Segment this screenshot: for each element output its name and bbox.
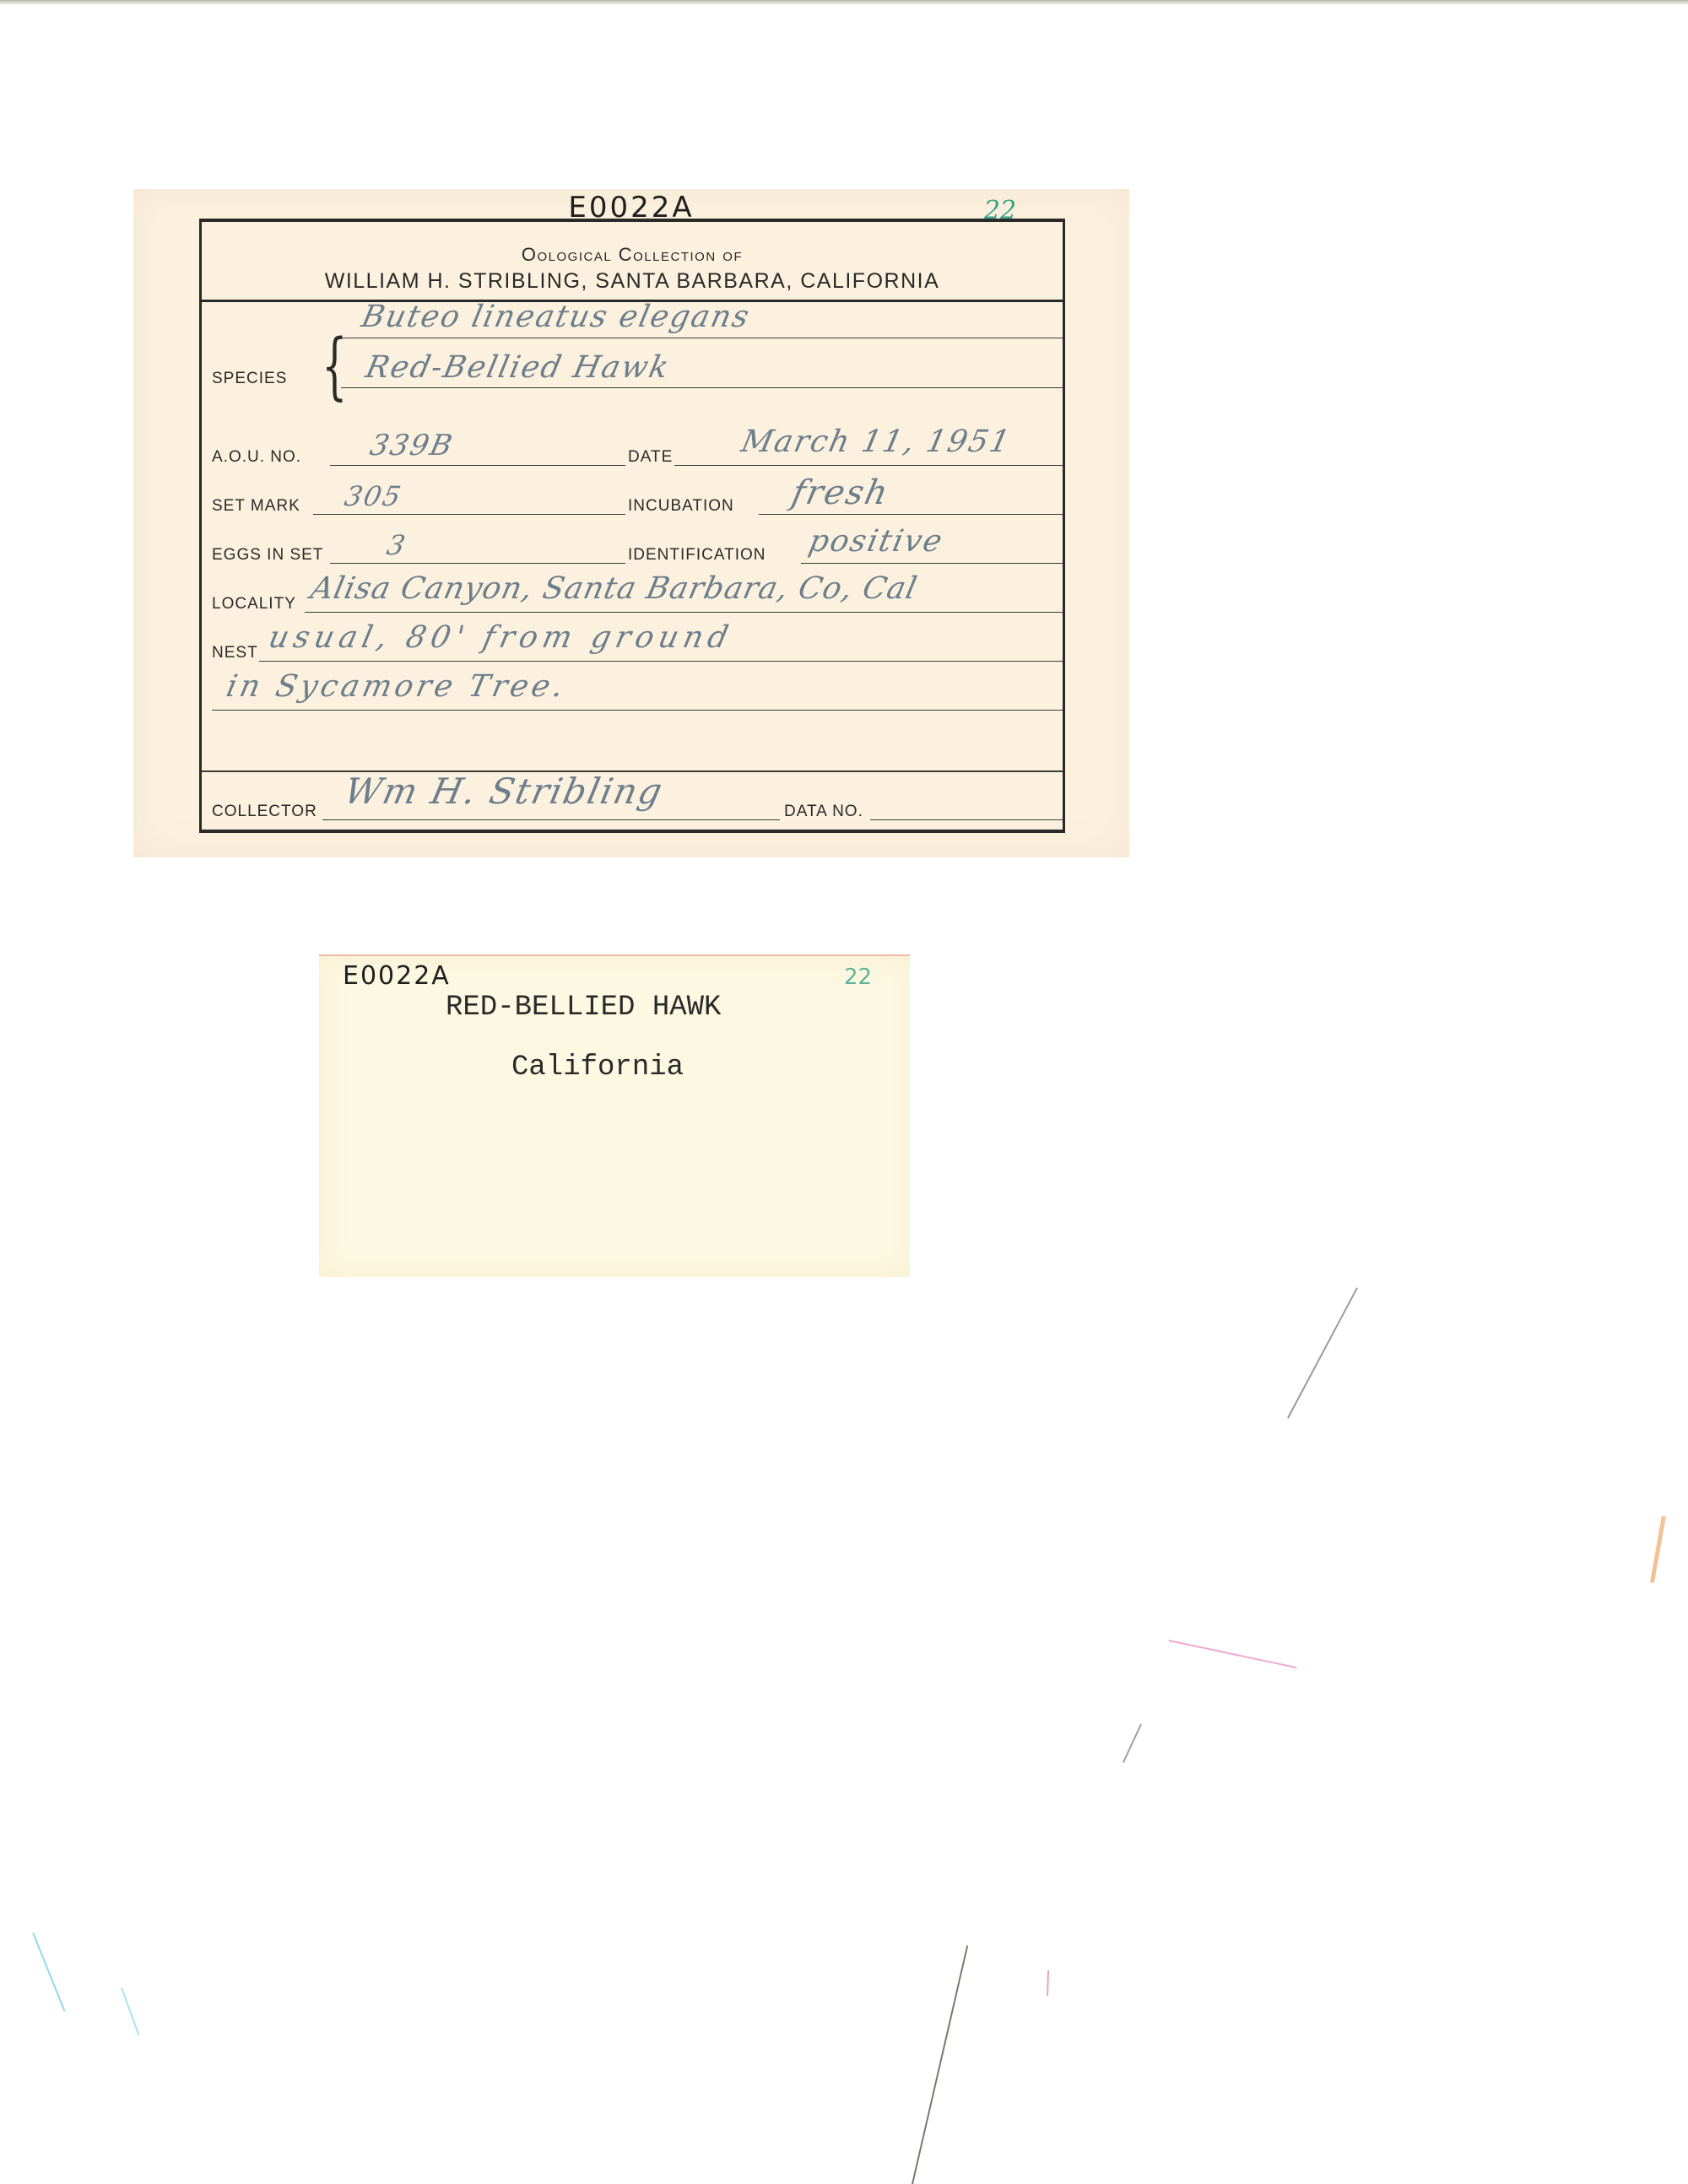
data-no-line	[870, 819, 1063, 820]
specimen-label-slip: E0022A 22 RED-BELLIED HAWK California	[319, 954, 910, 1277]
nest-label: NEST	[212, 644, 258, 662]
locality-line	[305, 612, 1063, 613]
collector-label: COLLECTOR	[212, 803, 317, 821]
collector-line	[322, 819, 780, 820]
eggs-in-set-label: EGGS IN SET	[212, 546, 323, 565]
incubation-line	[759, 514, 1063, 515]
card-frame: Oological Collection of WILLIAM H. STRIB…	[199, 219, 1065, 833]
set-mark-line	[313, 514, 625, 515]
set-mark-label: SET MARK	[212, 497, 300, 516]
scan-cyan-streak	[121, 1987, 139, 2035]
eggs-in-set-line	[330, 563, 625, 564]
nest-value-line-2: in Sycamore Tree.	[224, 669, 571, 704]
date-line	[674, 465, 1063, 466]
scan-pink-streak	[1047, 1970, 1049, 1996]
species-line-2	[341, 387, 1063, 388]
identification-label: IDENTIFICATION	[628, 546, 766, 565]
aou-label: A.O.U. No.	[212, 448, 301, 467]
locality-value: Alisa Canyon, Santa Barbara, Co, Cal	[308, 571, 921, 606]
identification-line	[801, 563, 1063, 564]
scan-scratch-mark	[912, 1945, 968, 2184]
species-brace-icon: {	[322, 330, 347, 403]
slip-common-name: RED-BELLIED HAWK	[446, 992, 800, 1024]
species-scientific-value: Buteo lineatus elegans	[359, 300, 754, 334]
identification-value: positive	[806, 524, 947, 559]
incubation-label: INCUBATION	[628, 497, 734, 516]
collector-signature: Wm H. Stribling	[341, 770, 668, 812]
aou-line	[330, 465, 625, 466]
scan-scratch-mark	[1123, 1724, 1142, 1763]
scan-pink-streak	[1169, 1640, 1297, 1668]
date-value: March 11, 1951	[738, 424, 1014, 459]
scan-top-edge	[0, 0, 1688, 5]
slip-state: California	[511, 1051, 684, 1084]
incubation-value: fresh	[788, 473, 893, 512]
scan-cyan-streak	[32, 1933, 65, 2011]
species-label: SPECIES	[212, 370, 287, 388]
data-no-label: DATA No.	[784, 803, 863, 821]
card-header: Oological Collection of WILLIAM H. STRIB…	[202, 222, 1063, 302]
slip-sequence-number: 22	[844, 965, 872, 990]
slip-catalog-number: E0022A	[343, 961, 451, 991]
nest-line-2	[212, 710, 1063, 711]
header-collector-address: WILLIAM H. STRIBLING, SANTA BARBARA, CAL…	[202, 269, 1063, 294]
nest-line-1	[259, 661, 1063, 662]
set-mark-value: 305	[342, 480, 405, 512]
scan-orange-streak	[1650, 1516, 1666, 1583]
eggs-in-set-value: 3	[384, 529, 409, 561]
scan-scratch-mark	[1287, 1287, 1358, 1418]
species-common-value: Red-Bellied Hawk	[363, 350, 674, 385]
oological-data-card: E0022A 22 Oological Collection of WILLIA…	[133, 189, 1129, 857]
header-collection-title: Oological Collection of	[202, 244, 1063, 266]
locality-label: LOCALITY	[212, 595, 296, 614]
aou-value: 339B	[367, 429, 457, 462]
nest-value-line-1: usual, 80' from ground	[266, 620, 737, 655]
date-label: DATE	[628, 448, 673, 467]
species-line-1	[341, 338, 1063, 338]
